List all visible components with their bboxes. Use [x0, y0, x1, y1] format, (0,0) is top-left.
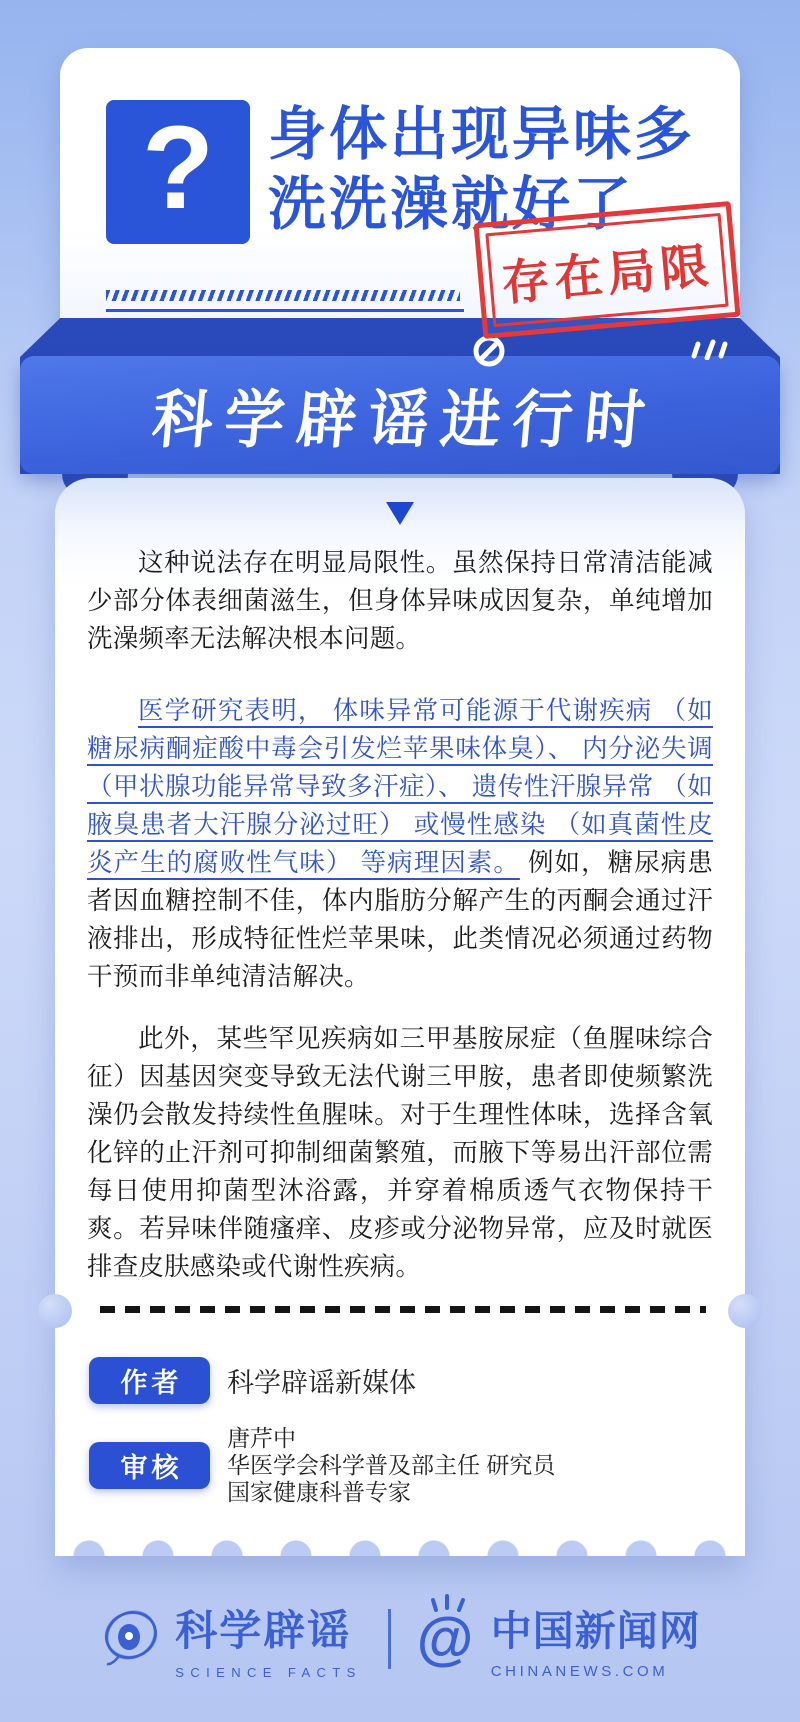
chinanews-logo-en: CHINANEWS.COM	[491, 1663, 701, 1680]
reviewer-name: 唐芹中	[227, 1425, 555, 1452]
paragraph-2: 医学研究表明， 体味异常可能源于代谢疾病 （如糖尿病酮症酸中毒会引发烂苹果味体臭…	[87, 692, 713, 996]
paragraph-1: 这种说法存在明显局限性。虽然保持日常清洁能减少部分体表细菌滋生，但身体异味成因复…	[87, 544, 713, 658]
verdict-stamp: 存在局限	[473, 201, 740, 339]
section-banner-title: 科学辟谣进行时	[139, 370, 661, 460]
article-card: 这种说法存在明显局限性。虽然保持日常清洁能减少部分体表细菌滋生，但身体异味成因复…	[55, 478, 745, 1556]
spark-lines-icon	[431, 1594, 467, 1617]
footer-logos: 科学辟谣 SCIENCE FACTS @ 中国新闻网 CHINANEWS.COM	[0, 1598, 800, 1680]
author-badge: 作者	[89, 1357, 210, 1404]
question-mark-icon: ?	[106, 100, 250, 244]
reviewer-title-line1: 华医学会科学普及部主任 研究员	[227, 1452, 555, 1479]
science-facts-logo: 科学辟谣 SCIENCE FACTS	[99, 1598, 362, 1680]
at-symbol-icon: @	[417, 1606, 479, 1672]
paragraph-3: 此外，某些罕见疾病如三甲基胺尿症（鱼腥味综合征）因基因突变导致无法代谢三甲胺，患…	[87, 1020, 713, 1286]
dashed-separator	[100, 1306, 706, 1313]
speed-lines-icon	[688, 338, 728, 365]
article-text: 这种说法存在明显局限性。虽然保持日常清洁能减少部分体表细菌滋生，但身体异味成因复…	[87, 544, 713, 1286]
pointer-triangle-icon	[386, 502, 414, 525]
verdict-stamp-inner-border: 存在局限	[485, 213, 728, 327]
scalloped-edge-decoration	[55, 1536, 745, 1556]
left-notch-circle	[38, 1294, 72, 1328]
poster-page: ? 身体出现异味多 洗洗澡就好了 存在局限 科学辟谣进行时	[0, 0, 800, 1722]
science-facts-logo-cn: 科学辟谣	[175, 1598, 362, 1658]
divider-line	[106, 309, 464, 312]
claim-title-line1: 身体出现异味多	[268, 100, 728, 170]
reviewer-badge-label: 审核	[117, 1446, 183, 1485]
science-facts-eye-icon	[99, 1604, 163, 1675]
verdict-stamp-text: 存在局限	[498, 226, 715, 313]
reviewer-info: 唐芹中 华医学会科学普及部主任 研究员 国家健康科普专家	[227, 1425, 555, 1506]
section-banner: 科学辟谣进行时	[20, 356, 780, 474]
right-notch-circle	[728, 1294, 762, 1328]
reviewer-title-line2: 国家健康科普专家	[227, 1479, 555, 1506]
science-facts-logo-en: SCIENCE FACTS	[175, 1665, 362, 1680]
prohibition-icon	[472, 334, 506, 373]
author-badge-label: 作者	[117, 1361, 183, 1400]
reviewer-badge: 审核	[89, 1442, 210, 1489]
chinanews-logo-cn: 中国新闻网	[491, 1598, 701, 1657]
author-value: 科学辟谣新媒体	[227, 1357, 416, 1404]
chinanews-logo: @ 中国新闻网 CHINANEWS.COM	[417, 1598, 701, 1680]
question-mark-glyph: ?	[142, 109, 214, 227]
footer-divider	[388, 1609, 391, 1669]
hatch-stripes-decoration	[106, 290, 460, 301]
